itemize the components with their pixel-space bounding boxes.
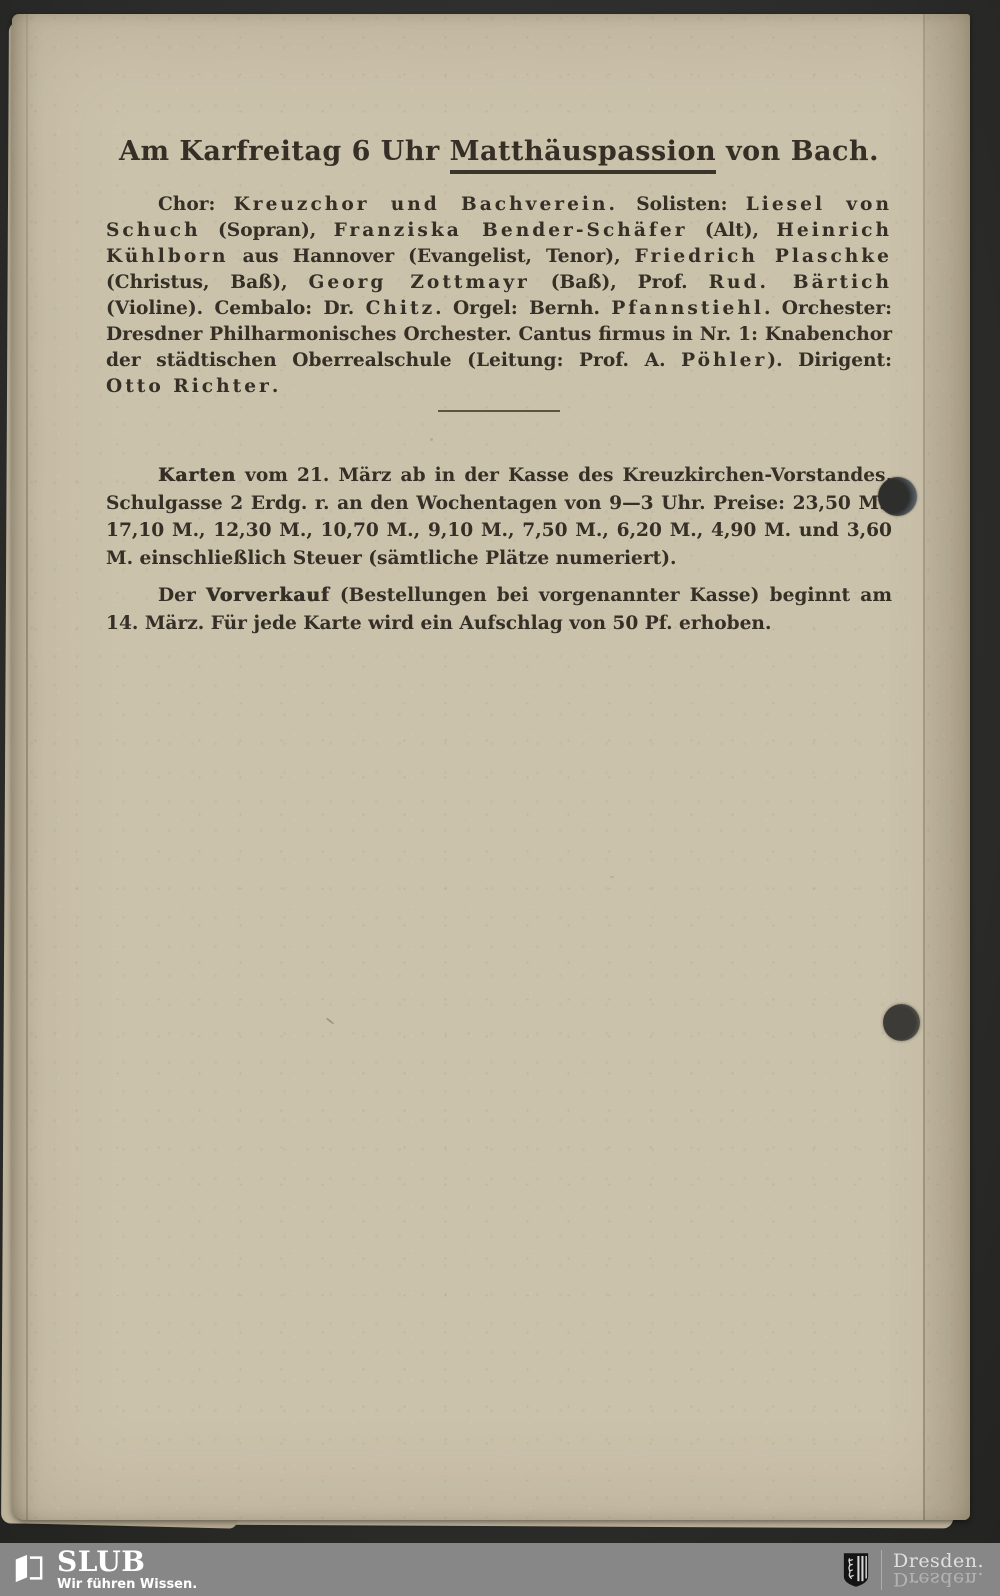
text-segment: Franziska Bender-Schäfer — [334, 220, 688, 241]
document-title: Am Karfreitag 6 Uhr Matthäuspassion von … — [106, 136, 892, 167]
slub-tagline: Wir führen Wissen. — [57, 1578, 197, 1591]
text-segment: Vorverkauf — [206, 585, 330, 606]
paper-speck — [325, 1017, 334, 1025]
paragraph-presale: Der Vorverkauf (Bestellungen bei vorgena… — [106, 582, 892, 637]
paragraph-ensemble: Chor: Kreuzchor und Bachverein. Solisten… — [106, 192, 892, 400]
text-segment: . — [272, 376, 278, 397]
slub-wordmark: SLUB — [57, 1548, 197, 1576]
right-edge-shading — [925, 14, 970, 1520]
left-crease — [26, 14, 28, 1520]
dresden-logo[interactable]: Dresden. Dresden. — [842, 1550, 984, 1590]
text-segment: Der — [158, 585, 206, 606]
text-segment: von Bach. — [716, 136, 879, 167]
text-segment: (Baß), Prof. — [530, 272, 709, 293]
paper-speck — [610, 876, 614, 878]
text-segment: ). Dirigent: — [767, 350, 892, 371]
text-segment: . Orgel: Bernh. — [435, 298, 611, 319]
text-segment: (Sopran), — [201, 220, 334, 241]
text-segment: (Alt), — [688, 220, 777, 241]
text-segment: Solisten: — [618, 194, 746, 215]
text-segment: Friedrich Plaschke — [635, 246, 892, 267]
slub-logo[interactable]: SLUB Wir führen Wissen. — [12, 1548, 197, 1591]
text-segment: Otto Richter — [106, 376, 272, 397]
text-segment: Chitz — [366, 298, 436, 319]
logo-separator — [881, 1550, 882, 1590]
text-segment: Kreuzchor und Bachverein. — [234, 194, 618, 215]
title-emphasis: Matthäuspassion — [450, 136, 716, 174]
paper-speck — [430, 438, 433, 441]
text-segment: Pfannstiehl — [611, 298, 764, 319]
footer-bar: SLUB Wir führen Wissen. Dresden. Dresden… — [0, 1543, 1000, 1596]
text-segment: Pöhler — [681, 350, 767, 371]
text-segment: Am Karfreitag 6 Uhr — [119, 136, 450, 167]
dresden-wordmark-reflection: Dresden. — [893, 1569, 984, 1588]
open-book-icon — [12, 1551, 44, 1585]
text-segment: (Christus, Baß), — [106, 272, 309, 293]
punch-hole-bottom — [883, 1004, 920, 1041]
text-segment: (Violine). Cembalo: Dr. — [106, 298, 366, 319]
section-divider-rule — [438, 410, 560, 412]
text-segment: aus Hannover (Evangelist, Tenor), — [229, 246, 635, 267]
punch-hole-top — [878, 477, 917, 516]
text-segment: Rud. Bärtich — [709, 272, 892, 293]
scanned-document-page: Am Karfreitag 6 Uhr Matthäuspassion von … — [12, 14, 970, 1520]
text-segment: Chor: — [158, 194, 234, 215]
right-fold-line — [923, 14, 925, 1520]
paragraph-tickets: Karten vom 21. März ab in der Kasse des … — [106, 462, 892, 572]
text-segment: Georg Zottmayr — [309, 272, 530, 293]
dresden-coat-of-arms-icon — [842, 1552, 870, 1588]
scan-viewer-canvas: Am Karfreitag 6 Uhr Matthäuspassion von … — [0, 0, 1000, 1543]
text-segment: Karten — [158, 465, 236, 486]
